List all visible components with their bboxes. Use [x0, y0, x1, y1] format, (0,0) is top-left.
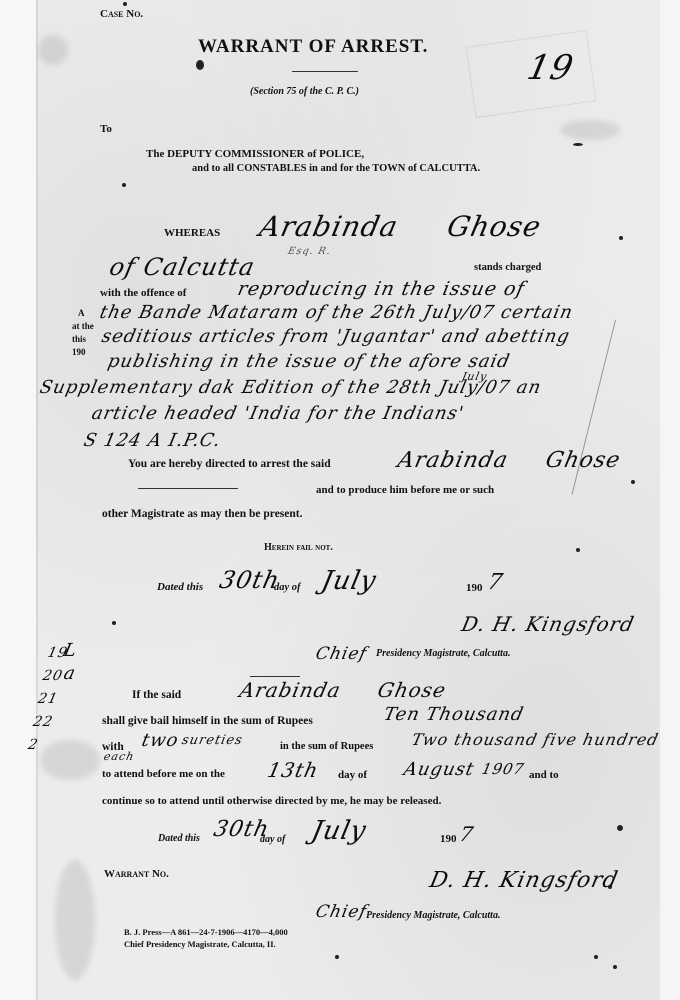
magistrate-text: other Magistrate as may then be present.	[102, 508, 302, 520]
stain	[40, 740, 100, 780]
margin-number-22: 22	[31, 711, 56, 734]
subtitle: (Section 75 of the C. P. C.)	[250, 86, 359, 97]
attend-day: 13th	[265, 758, 320, 782]
margin-print-a: A	[72, 307, 94, 320]
speck	[576, 548, 580, 552]
sign-title: Presidency Magistrate, Calcutta.	[376, 648, 510, 659]
stands-charged-label: stands charged	[474, 262, 541, 273]
directed-name: Arabinda Ghose	[395, 448, 623, 473]
offence-line-6: article headed 'India for the Indians'	[90, 403, 466, 424]
offence-line-2: the Bande Mataram of the 26th July/07 ce…	[98, 302, 575, 323]
to-label: To	[100, 123, 112, 135]
produce-text: and to produce him before me or such	[316, 484, 494, 496]
day-of-label: day of	[274, 582, 301, 593]
magistrate-signature: D. H. Kingsford	[459, 612, 636, 636]
blank-line	[138, 488, 238, 489]
margin-print-this: this	[72, 333, 94, 346]
dated-day: 30th	[217, 566, 283, 594]
directed-text: You are hereby directed to arrest the sa…	[128, 458, 331, 470]
bail-amount: Ten Thousand	[382, 704, 526, 725]
speck	[613, 965, 617, 969]
offence-label: with the offence of	[100, 287, 186, 299]
stain	[38, 35, 68, 65]
margin-print: A at the this 190	[72, 307, 94, 359]
surety-each: each	[103, 750, 136, 763]
speck	[617, 825, 623, 831]
dated-label: Dated this	[157, 581, 203, 593]
page-title: WARRANT OF ARREST.	[198, 36, 428, 58]
residence-note: Esq. R.	[287, 246, 332, 257]
speck	[123, 2, 127, 6]
dated-year-print: 190	[466, 582, 483, 594]
speck	[573, 143, 583, 146]
offence-line-3: seditious articles from 'Jugantar' and a…	[100, 326, 572, 347]
offence-line-4: publishing in the issue of the afore sai…	[106, 351, 512, 372]
speck	[122, 183, 126, 187]
dated-month: July	[319, 566, 380, 596]
and-to: and to	[529, 769, 559, 781]
continue-text: continue so to attend until otherwise di…	[102, 795, 441, 807]
speck	[196, 60, 204, 70]
case-no-label: Case No.	[100, 8, 143, 20]
scan-right-margin	[660, 0, 680, 1000]
dated2-month: July	[309, 816, 370, 846]
dated-year-hand: 7	[485, 570, 505, 595]
attend-day-of: day of	[338, 769, 367, 781]
speck	[619, 236, 623, 240]
offence-line-5: Supplementary dak Edition of the 28th Ju…	[38, 377, 544, 398]
speck	[112, 621, 116, 625]
bail-if-label: If the said	[132, 689, 181, 701]
herein-fail-not: Herein fail not.	[264, 542, 333, 553]
divider	[292, 71, 358, 72]
dated2-label: Dated this	[158, 833, 200, 844]
warrant-document: Case No. WARRANT OF ARREST. 19 (Section …	[0, 0, 680, 1000]
warrant-no-label: Warrant No.	[104, 868, 169, 880]
accused-name: Arabinda Ghose	[256, 210, 544, 243]
printer-line-1: B. J. Press—A 861—24-7-1906—4170—4,000	[124, 927, 288, 937]
addressee-line-2: and to all CONSTABLES in and for the TOW…	[192, 163, 480, 174]
sureties-count: two	[140, 730, 181, 751]
magistrate-signature-2: D. H. Kingsford	[427, 868, 620, 893]
bail-name: Arabinda Ghose	[237, 678, 448, 702]
dated2-year-hand: 7	[457, 822, 476, 846]
offence-section: S 124 A I.P.C.	[82, 430, 223, 451]
attend-month: August	[402, 759, 477, 780]
stain	[560, 120, 620, 140]
printer-line-2: Chief Presidency Magistrate, Calcutta, I…	[124, 939, 276, 949]
divider	[250, 676, 300, 677]
dated2-year-print: 190	[440, 833, 457, 845]
speck	[631, 480, 635, 484]
attend-text: to attend before me on the	[102, 768, 225, 780]
surety-amount: Two thousand five hundred	[410, 730, 661, 749]
speck	[335, 955, 339, 959]
stain	[55, 860, 95, 980]
whereas-label: WHEREAS	[164, 227, 220, 239]
bail-give-text: shall give bail himself in the sum of Ru…	[102, 715, 313, 727]
stamp-number: 19	[524, 48, 578, 88]
dated2-day-of: day of	[260, 834, 285, 845]
sign2-prefix: Chief	[314, 902, 369, 922]
margin-number-20: 20	[40, 665, 65, 688]
margin-number-21: 21	[36, 688, 61, 711]
paper-edge	[36, 0, 38, 1000]
attend-year: 1907	[480, 760, 526, 778]
sign-prefix: Chief	[314, 644, 369, 664]
addressee-line-1: The DEPUTY COMMISSIONER of POLICE,	[146, 148, 364, 160]
surety-sum-label: in the sum of Rupees	[280, 741, 373, 752]
accused-residence: of Calcutta	[107, 253, 258, 281]
margin-letter-l: L	[62, 640, 79, 661]
offence-line-1: reproducing in the issue of	[236, 278, 527, 300]
sureties-label: sureties	[180, 733, 244, 748]
margin-print-at-the: at the	[72, 320, 94, 333]
scan-left-margin	[0, 0, 36, 1000]
speck	[594, 955, 598, 959]
margin-print-190: 190	[72, 346, 94, 359]
sign2-title: Presidency Magistrate, Calcutta.	[366, 910, 500, 921]
